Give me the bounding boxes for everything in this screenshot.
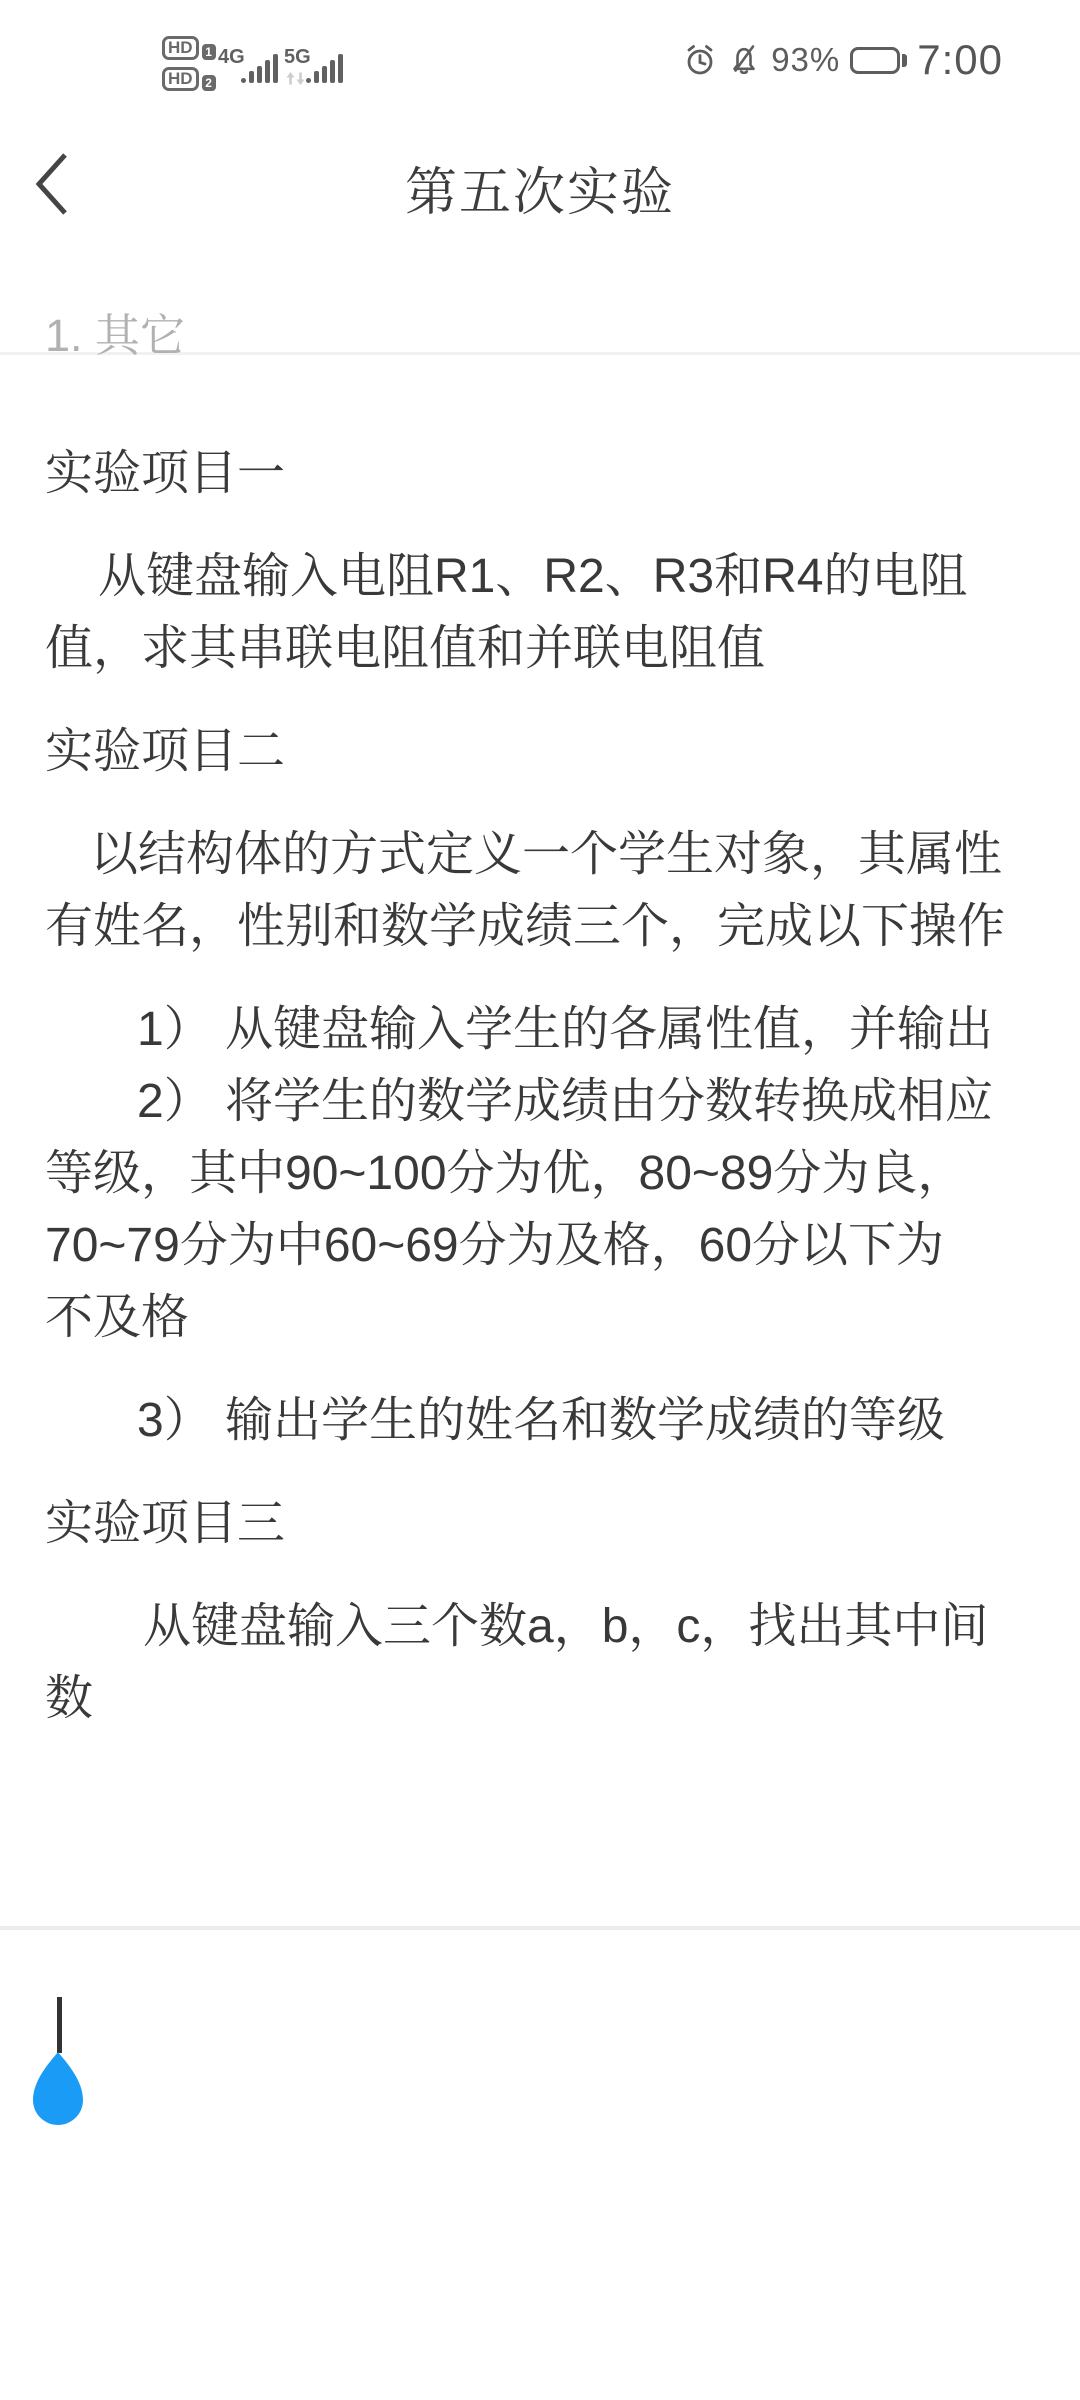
- hd2-label: HD: [162, 67, 199, 91]
- document-content[interactable]: 1. 其它 实验项目一从键盘输入电阻R1、R2、R3和R4的电阻值，求其串联电阻…: [45, 305, 1035, 1766]
- document-line: 有姓名，性别和数学成绩三个，完成以下操作: [45, 891, 1035, 963]
- document-line: 3） 输出学生的姓名和数学成绩的等级: [45, 1385, 1035, 1457]
- hd2-badge: HD 2: [162, 67, 216, 91]
- document-line: 实验项目一: [45, 438, 1035, 510]
- signal-bars-icon: [306, 53, 344, 83]
- document-line: 以结构体的方式定义一个学生对象，其属性: [45, 819, 1035, 891]
- status-right-cluster: 93% 7:00: [683, 38, 1003, 82]
- battery-icon: [850, 47, 907, 74]
- document-line: 从键盘输入电阻R1、R2、R3和R4的电阻: [45, 541, 1035, 613]
- header: 第五次实验: [0, 100, 1080, 253]
- document-line: 不及格: [45, 1282, 1035, 1354]
- document-line: 数: [45, 1663, 1035, 1735]
- document-line: 等级，其中90~100分为优，80~89分为良，: [45, 1138, 1035, 1210]
- screen: HD 1 HD 2 4G 5G: [0, 0, 1080, 2400]
- text-cursor: [57, 1997, 62, 2053]
- document-paragraph: 从键盘输入电阻R1、R2、R3和R4的电阻值，求其串联电阻值和并联电阻值: [45, 541, 1035, 685]
- document-line: 70~79分为中60~69分为及格，60分以下为: [45, 1210, 1035, 1282]
- selection-handle[interactable]: [28, 2050, 88, 2127]
- selection-handle-shape: [33, 2052, 83, 2125]
- document-line: 实验项目三: [45, 1488, 1035, 1560]
- document-paragraph: 从键盘输入三个数a，b，c，找出其中间数: [45, 1591, 1035, 1735]
- signal-bars-icon: [241, 53, 279, 83]
- notifications-muted-icon: [727, 43, 761, 77]
- battery-percent: 93%: [771, 41, 840, 79]
- document-paragraph: 3） 输出学生的姓名和数学成绩的等级: [45, 1385, 1035, 1457]
- document-heading: 实验项目一: [45, 438, 1035, 510]
- alarm-clock-icon: [683, 43, 717, 77]
- document-heading: 实验项目二: [45, 716, 1035, 788]
- document-heading: 实验项目三: [45, 1488, 1035, 1560]
- hd1-label: HD: [162, 36, 199, 60]
- hd1-badge: HD 1: [162, 36, 216, 60]
- status-bar: HD 1 HD 2 4G 5G: [0, 0, 1080, 100]
- document-line: 实验项目二: [45, 716, 1035, 788]
- hd-badges: HD 1 HD 2: [162, 36, 216, 91]
- document-blocks: 实验项目一从键盘输入电阻R1、R2、R3和R4的电阻值，求其串联电阻值和并联电阻…: [45, 438, 1035, 1735]
- status-time: 7:00: [917, 36, 1003, 84]
- data-arrows-icon: [286, 72, 306, 85]
- document-line: 1） 从键盘输入学生的各属性值，并输出: [45, 994, 1035, 1066]
- document-line: 2） 将学生的数学成绩由分数转换成相应: [45, 1066, 1035, 1138]
- document-line: 值，求其串联电阻值和并联电阻值: [45, 613, 1035, 685]
- section-label: 1. 其它: [45, 305, 1035, 367]
- document-paragraph: 1） 从键盘输入学生的各属性值，并输出2） 将学生的数学成绩由分数转换成相应等级…: [45, 994, 1035, 1354]
- page-title: 第五次实验: [0, 150, 1080, 225]
- sim2-index: 2: [202, 75, 216, 91]
- bottom-divider: [0, 1926, 1080, 1930]
- sim1-index: 1: [202, 44, 216, 60]
- document-paragraph: 以结构体的方式定义一个学生对象，其属性有姓名，性别和数学成绩三个，完成以下操作: [45, 819, 1035, 963]
- document-line: 从键盘输入三个数a，b，c，找出其中间: [45, 1591, 1035, 1663]
